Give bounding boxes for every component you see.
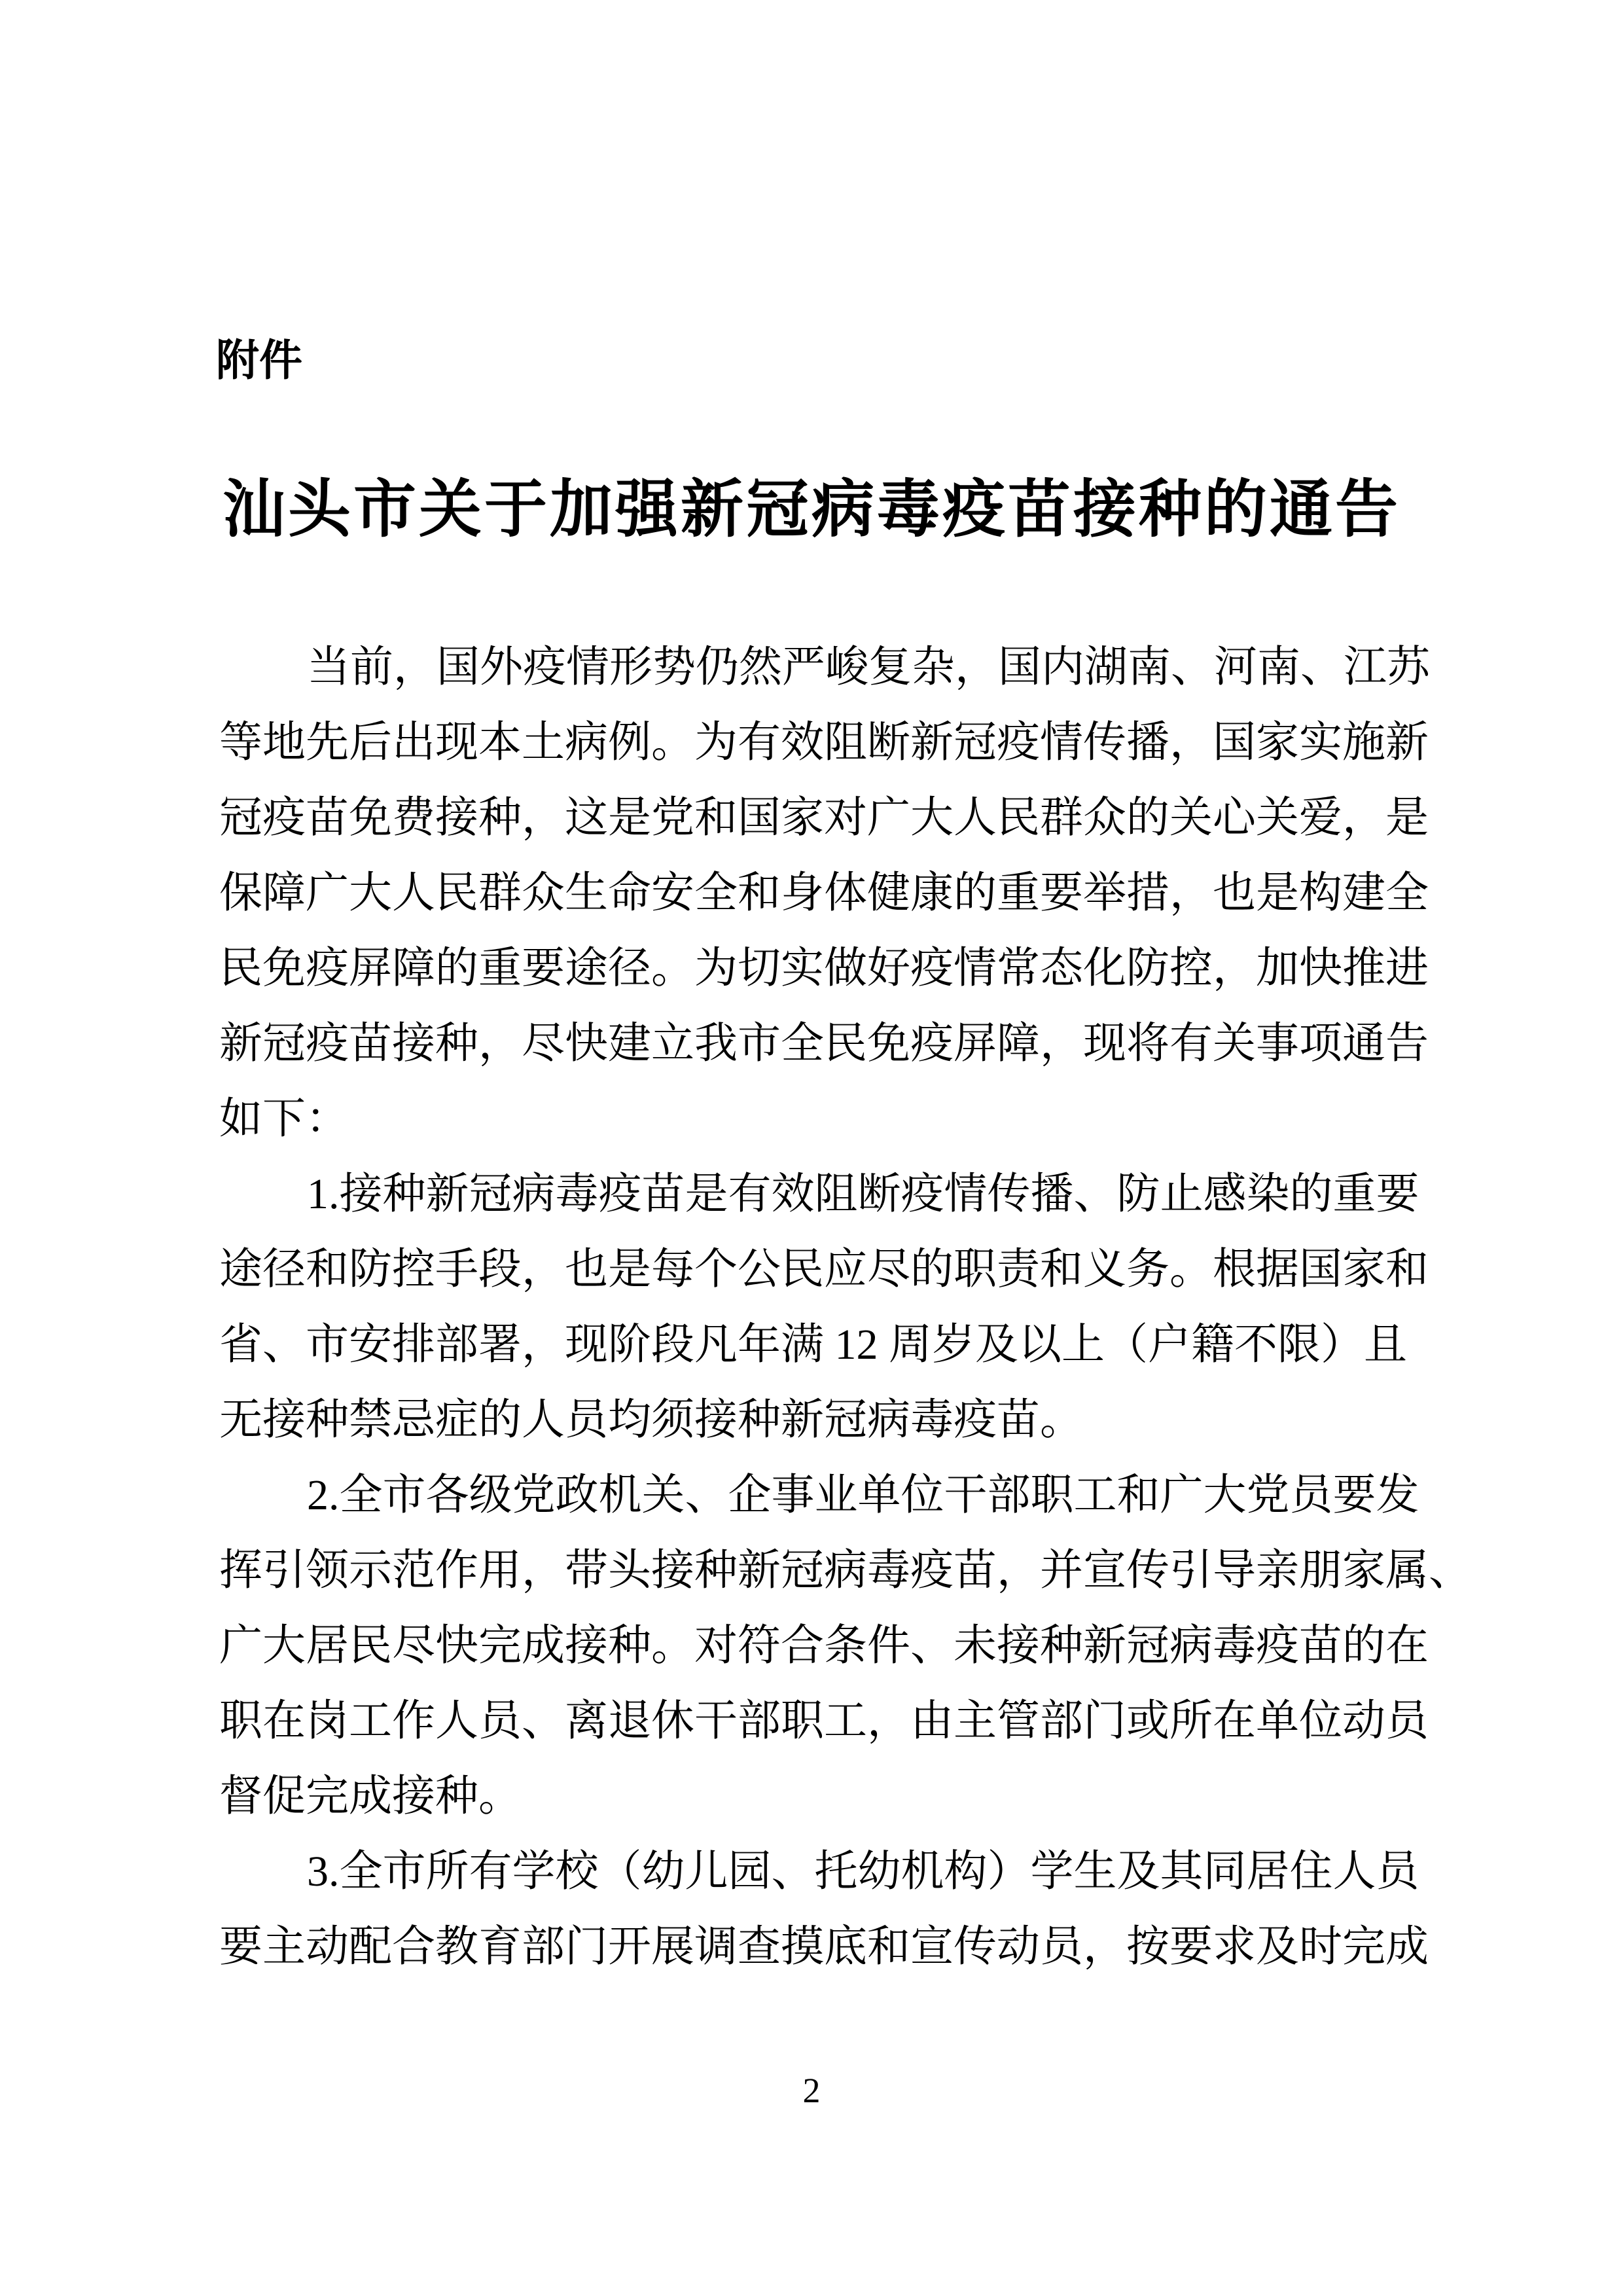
body-line: 途径和防控手段，也是每个公民应尽的职责和义务。根据国家和 xyxy=(219,1232,1405,1307)
body-line: 保障广大人民群众生命安全和身体健康的重要举措，也是构建全 xyxy=(219,855,1405,931)
body-line: 省、市安排部署，现阶段凡年满 12 周岁及以上（户籍不限）且 xyxy=(219,1307,1405,1382)
body-line: 如下： xyxy=(219,1081,1405,1157)
body-line: 民免疫屏障的重要途径。为切实做好疫情常态化防控，加快推进 xyxy=(219,931,1405,1006)
body-line: 新冠疫苗接种，尽快建立我市全民免疫屏障，现将有关事项通告 xyxy=(219,1006,1405,1081)
body-line: 等地先后出现本土病例。为有效阻断新冠疫情传播，国家实施新 xyxy=(219,705,1405,780)
body-line: 1.接种新冠病毒疫苗是有效阻断疫情传播、防止感染的重要 xyxy=(219,1157,1405,1232)
attachment-label: 附件 xyxy=(216,338,302,386)
body-line: 职在岗工作人员、离退休干部职工，由主管部门或所在单位动员 xyxy=(219,1683,1405,1759)
document-body: 当前，国外疫情形势仍然严峻复杂，国内湖南、河南、江苏等地先后出现本土病例。为有效… xyxy=(219,630,1405,1984)
body-line: 督促完成接种。 xyxy=(219,1759,1405,1834)
body-line: 要主动配合教育部门开展调查摸底和宣传动员，按要求及时完成 xyxy=(219,1909,1405,1984)
body-line: 冠疫苗免费接种，这是党和国家对广大人民群众的关心关爱，是 xyxy=(219,780,1405,855)
body-line: 2.全市各级党政机关、企事业单位干部职工和广大党员要发 xyxy=(219,1458,1405,1533)
body-line: 当前，国外疫情形势仍然严峻复杂，国内湖南、河南、江苏 xyxy=(219,630,1405,705)
document-page: 附件 汕头市关于加强新冠病毒疫苗接种的通告 当前，国外疫情形势仍然严峻复杂，国内… xyxy=(0,0,1623,2296)
document-title: 汕头市关于加强新冠病毒疫苗接种的通告 xyxy=(0,475,1623,545)
body-line: 广大居民尽快完成接种。对符合条件、未接种新冠病毒疫苗的在 xyxy=(219,1608,1405,1683)
body-line: 挥引领示范作用，带头接种新冠病毒疫苗，并宣传引导亲朋家属、 xyxy=(219,1533,1405,1608)
body-line: 3.全市所有学校（幼儿园、托幼机构）学生及其同居住人员 xyxy=(219,1834,1405,1909)
body-line: 无接种禁忌症的人员均须接种新冠病毒疫苗。 xyxy=(219,1382,1405,1458)
page-number: 2 xyxy=(0,2072,1623,2110)
